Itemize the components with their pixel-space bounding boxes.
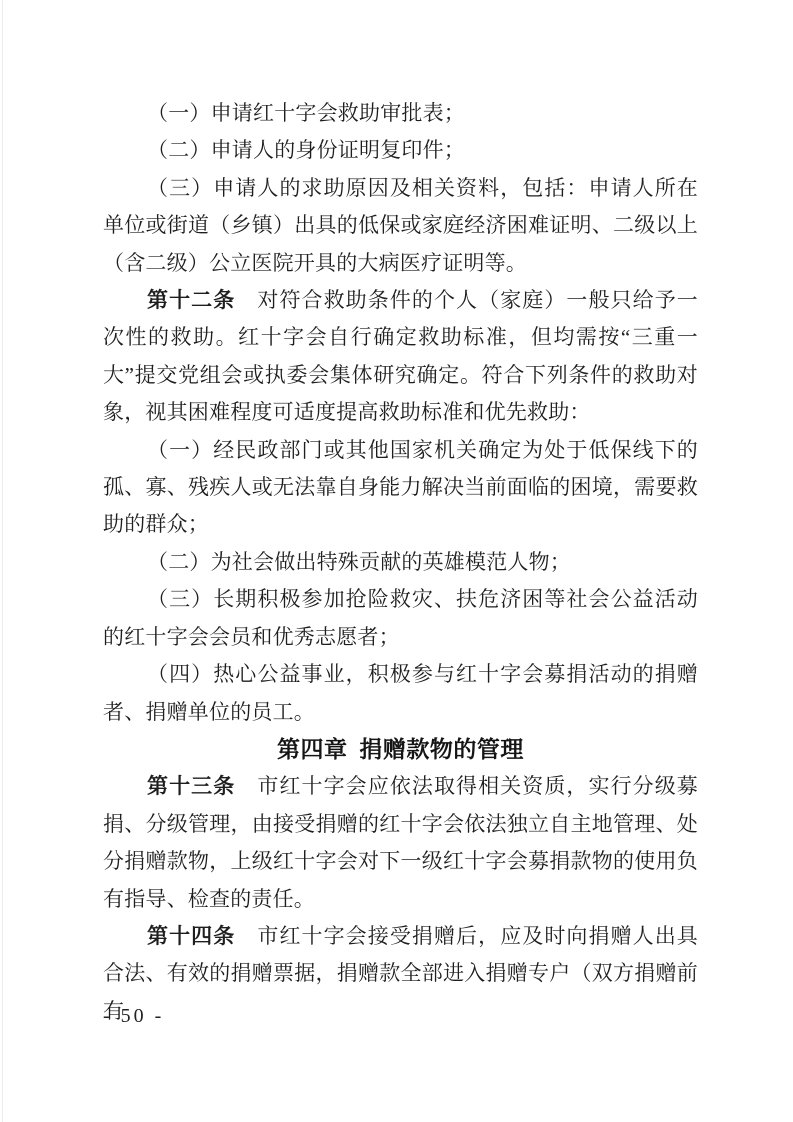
text-run: （三）长期积极参加抢险救灾、扶危济困等社会公益活动的红十字会会员和优秀志愿者； <box>103 587 698 648</box>
text-run: （四）热心公益事业，积极参与红十字会募捐活动的捐赠者、捐赠单位的员工。 <box>103 662 698 723</box>
paragraph: （二）申请人的身份证明复印件； <box>103 132 698 169</box>
paragraph: 第十三条 市红十字会应依法取得相关资质，实行分级募捐、分级管理，由接受捐赠的红十… <box>103 768 698 918</box>
paragraph: （一）经民政部门或其他国家机关确定为处于低保线下的孤、寡、残疾人或无法靠自身能力… <box>103 432 698 544</box>
text-run: （二）为社会做出特殊贡献的英雄模范人物； <box>147 550 571 574</box>
document-content: （一）申请红十字会救助审批表；（二）申请人的身份证明复印件；（三）申请人的求助原… <box>103 95 698 1030</box>
article-number-bold-run: 第十四条 <box>147 924 235 948</box>
document-page: （一）申请红十字会救助审批表；（二）申请人的身份证明复印件；（三）申请人的求助原… <box>0 0 793 1122</box>
article-number-bold-run: 第四章 捐赠款物的管理 <box>277 736 524 762</box>
paragraph: （一）申请红十字会救助审批表； <box>103 95 698 132</box>
paragraph: （二）为社会做出特殊贡献的英雄模范人物； <box>103 544 698 581</box>
article-number-bold-run: 第十二条 <box>147 288 235 312</box>
text-run: （一）申请红十字会救助审批表； <box>147 101 465 125</box>
page-number: - 50 - <box>103 1005 164 1028</box>
paragraph: 第十四条 市红十字会接受捐赠后，应及时向捐赠人出具合法、有效的捐赠票据，捐赠款全… <box>103 918 698 1030</box>
scan-edge-line <box>2 0 3 1122</box>
paragraph: （三）长期积极参加抢险救灾、扶危济困等社会公益活动的红十字会会员和优秀志愿者； <box>103 581 698 656</box>
text-run: （二）申请人的身份证明复印件； <box>147 138 465 162</box>
paragraph: （三）申请人的求助原因及相关资料，包括：申请人所在单位或街道（乡镇）出具的低保或… <box>103 170 698 282</box>
text-run: （三）申请人的求助原因及相关资料，包括：申请人所在单位或街道（乡镇）出具的低保或… <box>103 176 698 275</box>
text-run: （一）经民政部门或其他国家机关确定为处于低保线下的孤、寡、残疾人或无法靠自身能力… <box>103 438 698 537</box>
chapter-heading: 第四章 捐赠款物的管理 <box>103 731 698 768</box>
article-number-bold-run: 第十三条 <box>147 774 235 798</box>
paragraph: 第十二条 对符合救助条件的个人（家庭）一般只给予一次性的救助。红十字会自行确定救… <box>103 282 698 432</box>
paragraph: （四）热心公益事业，积极参与红十字会募捐活动的捐赠者、捐赠单位的员工。 <box>103 656 698 731</box>
